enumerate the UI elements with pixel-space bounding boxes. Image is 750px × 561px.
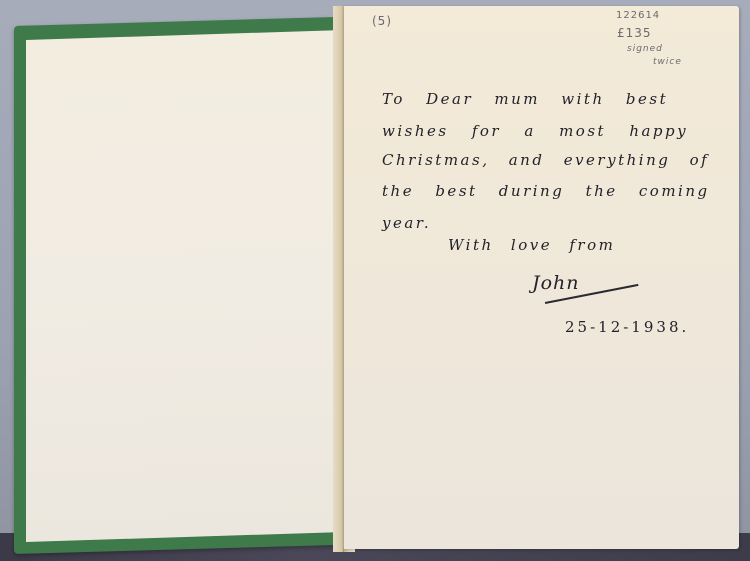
pencil-stock-number: 122614 — [616, 10, 660, 21]
inscription-line-2: wishes for a most happy — [382, 122, 688, 140]
pencil-price: £135 — [617, 26, 652, 40]
inscription-line-1: To Dear mum with best — [382, 90, 668, 108]
left-endpaper — [26, 30, 340, 542]
gutter-fold — [343, 6, 344, 552]
inscription-line-3: Christmas, and everything of — [382, 151, 709, 169]
inscription-closing: With love from — [448, 236, 615, 254]
inscription-date: 25-12-1938. — [565, 318, 689, 336]
inscription-signature: John — [532, 272, 580, 294]
pencil-note-twice: twice — [653, 57, 682, 67]
pencil-page-number: (5) — [372, 14, 392, 28]
inscription-line-4: the best during the coming — [382, 182, 710, 200]
pencil-note-signed: signed — [627, 44, 663, 54]
inscription-line-5: year. — [382, 214, 431, 232]
